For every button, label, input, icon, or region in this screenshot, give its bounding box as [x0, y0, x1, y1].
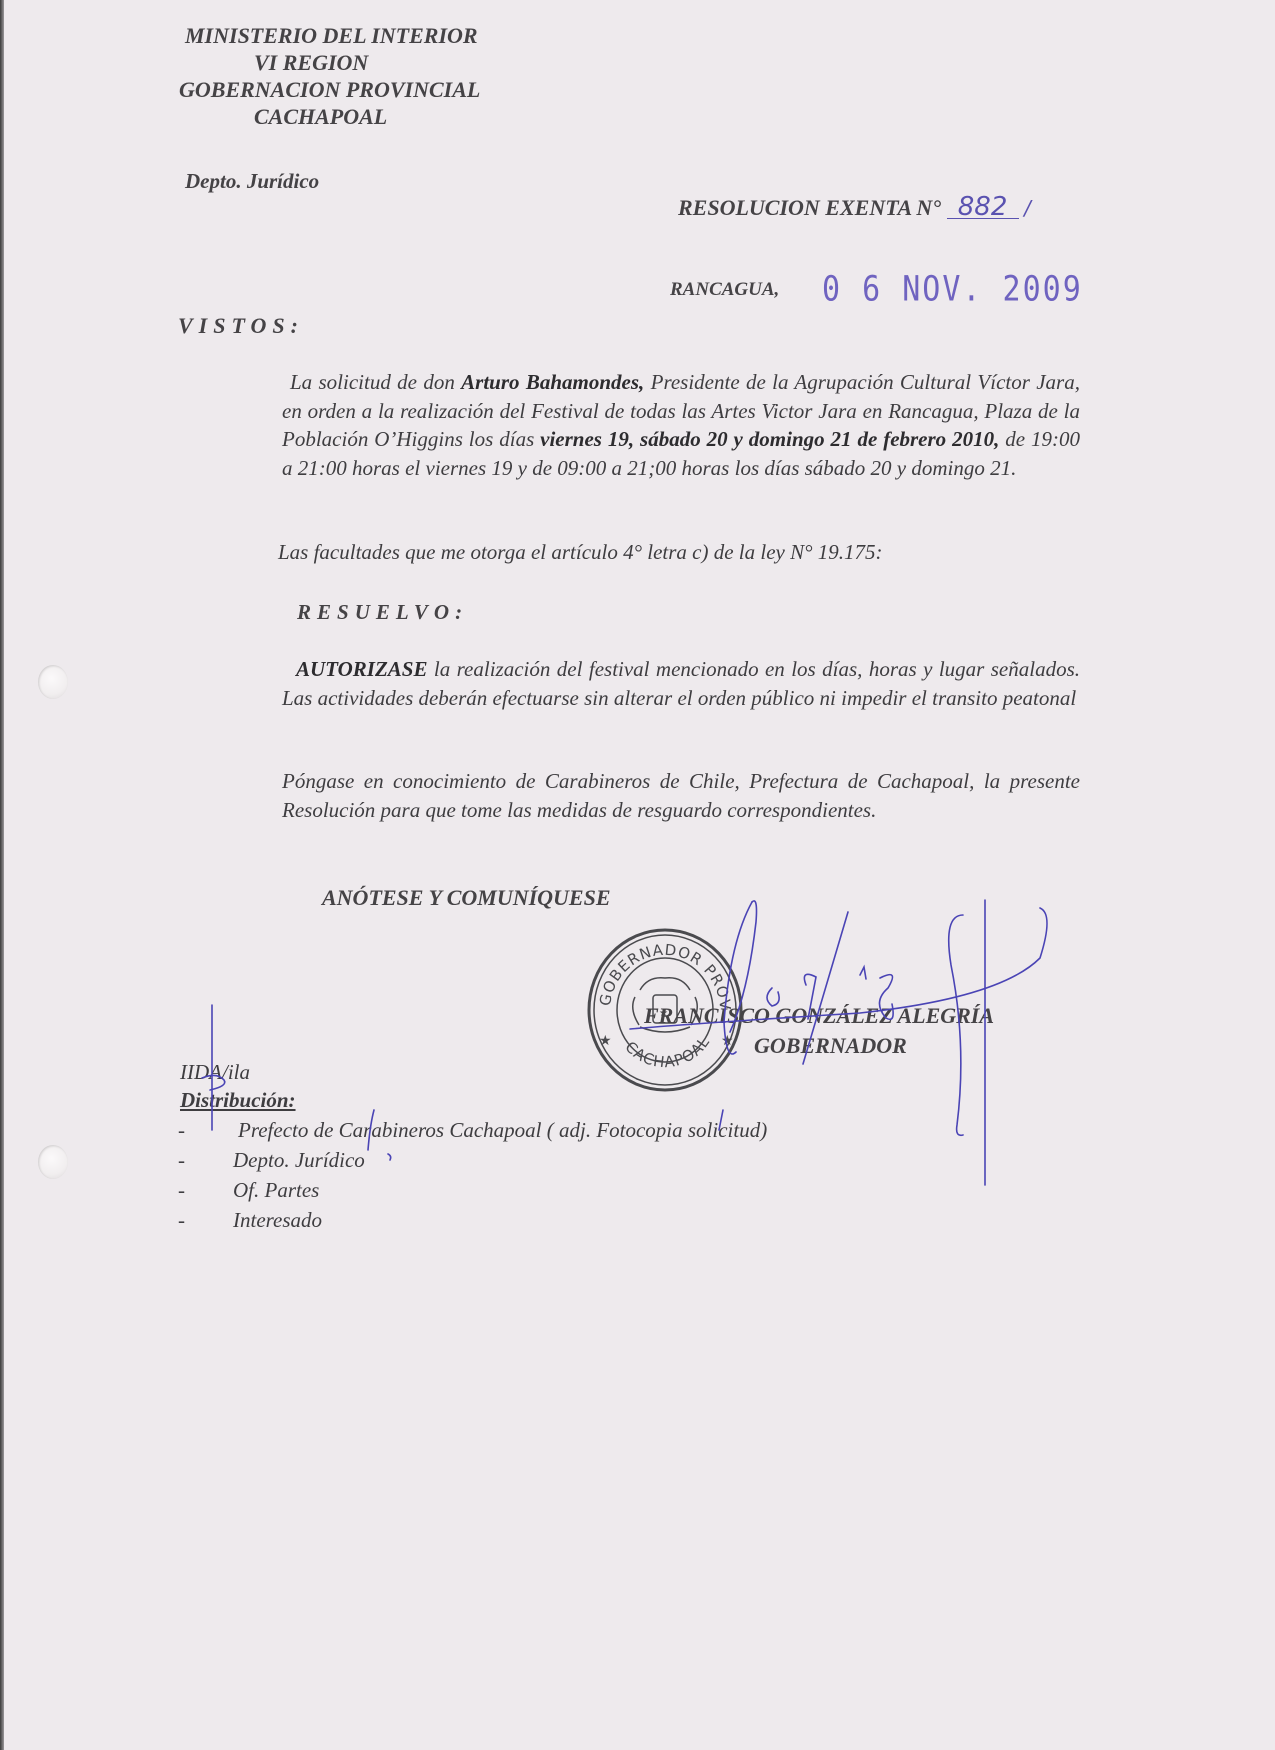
province-line: CACHAPOAL	[0, 103, 520, 130]
event-dates: viernes 19, sábado 20 y domingo 21 de fe…	[540, 427, 999, 451]
resolution-mark: /	[1024, 196, 1031, 220]
resuelvo-paragraph-1: AUTORIZASE la realización del festival m…	[282, 655, 1080, 712]
applicant-name: Arturo Bahamondes,	[461, 370, 644, 394]
signature-strokes-icon	[0, 0, 1275, 1750]
resuelvo-heading: RESUELVO:	[297, 600, 468, 625]
drafter-initials: IIDA/ila	[180, 1060, 250, 1085]
closing-formula: ANÓTESE Y COMUNÍQUESE	[322, 885, 611, 911]
signatory-title: GOBERNADOR	[754, 1033, 907, 1059]
distribution-item-label: Interesado	[233, 1205, 322, 1235]
bullet-dash: -	[178, 1205, 233, 1235]
bullet-dash: -	[178, 1145, 233, 1175]
distribution-item: -Depto. Jurídico	[178, 1145, 767, 1175]
svg-text:★: ★	[721, 1034, 734, 1049]
distribution-item: -Interesado	[178, 1205, 767, 1235]
text-run: La solicitud de don	[290, 370, 461, 394]
resolution-label: RESOLUCION EXENTA N°	[678, 195, 941, 220]
vistos-paragraph-2: Las facultades que me otorga el artículo…	[278, 540, 883, 565]
vistos-paragraph-1: La solicitud de don Arturo Bahamondes, P…	[282, 368, 1080, 482]
punch-hole-bottom	[38, 1145, 68, 1179]
government-line: GOBERNACION PROVINCIAL	[0, 76, 520, 103]
department-label: Depto. Jurídico	[185, 168, 319, 195]
signatory-name: FRANCISCO GONZÁLEZ ALEGRÍA	[644, 1003, 994, 1029]
distribution-item-label: Of. Partes	[233, 1175, 319, 1205]
distribution-item-label: Prefecto de Carabineros Cachapoal ( adj.…	[238, 1115, 767, 1145]
authorization-keyword: AUTORIZASE	[296, 657, 428, 681]
punch-hole-top	[38, 665, 68, 699]
resolution-header: RESOLUCION EXENTA N° 882 /	[678, 194, 1031, 222]
letterhead: MINISTERIO DEL INTERIOR VI REGION GOBERN…	[0, 22, 520, 130]
date-stamp: 0 6 NOV. 2009	[822, 269, 1083, 309]
bullet-dash: -	[178, 1115, 233, 1145]
distribution-item: -Of. Partes	[178, 1175, 767, 1205]
region-line: VI REGION	[0, 49, 520, 76]
resolution-number: 882	[947, 196, 1019, 219]
city-label: RANCAGUA,	[670, 279, 779, 301]
resuelvo-paragraph-2: Póngase en conocimiento de Carabineros d…	[282, 767, 1080, 824]
distribution-heading: Distribución:	[180, 1088, 296, 1113]
distribution-list: -Prefecto de Carabineros Cachapoal ( adj…	[178, 1115, 767, 1235]
ministry-line: MINISTERIO DEL INTERIOR	[0, 22, 520, 49]
distribution-item: -Prefecto de Carabineros Cachapoal ( adj…	[178, 1115, 767, 1145]
svg-text:★: ★	[599, 1034, 612, 1049]
svg-text:CACHAPOAL: CACHAPOAL	[621, 1033, 713, 1071]
scan-edge	[0, 0, 4, 1750]
bullet-dash: -	[178, 1175, 233, 1205]
distribution-item-label: Depto. Jurídico	[233, 1145, 365, 1175]
vistos-heading: VISTOS:	[178, 313, 304, 339]
